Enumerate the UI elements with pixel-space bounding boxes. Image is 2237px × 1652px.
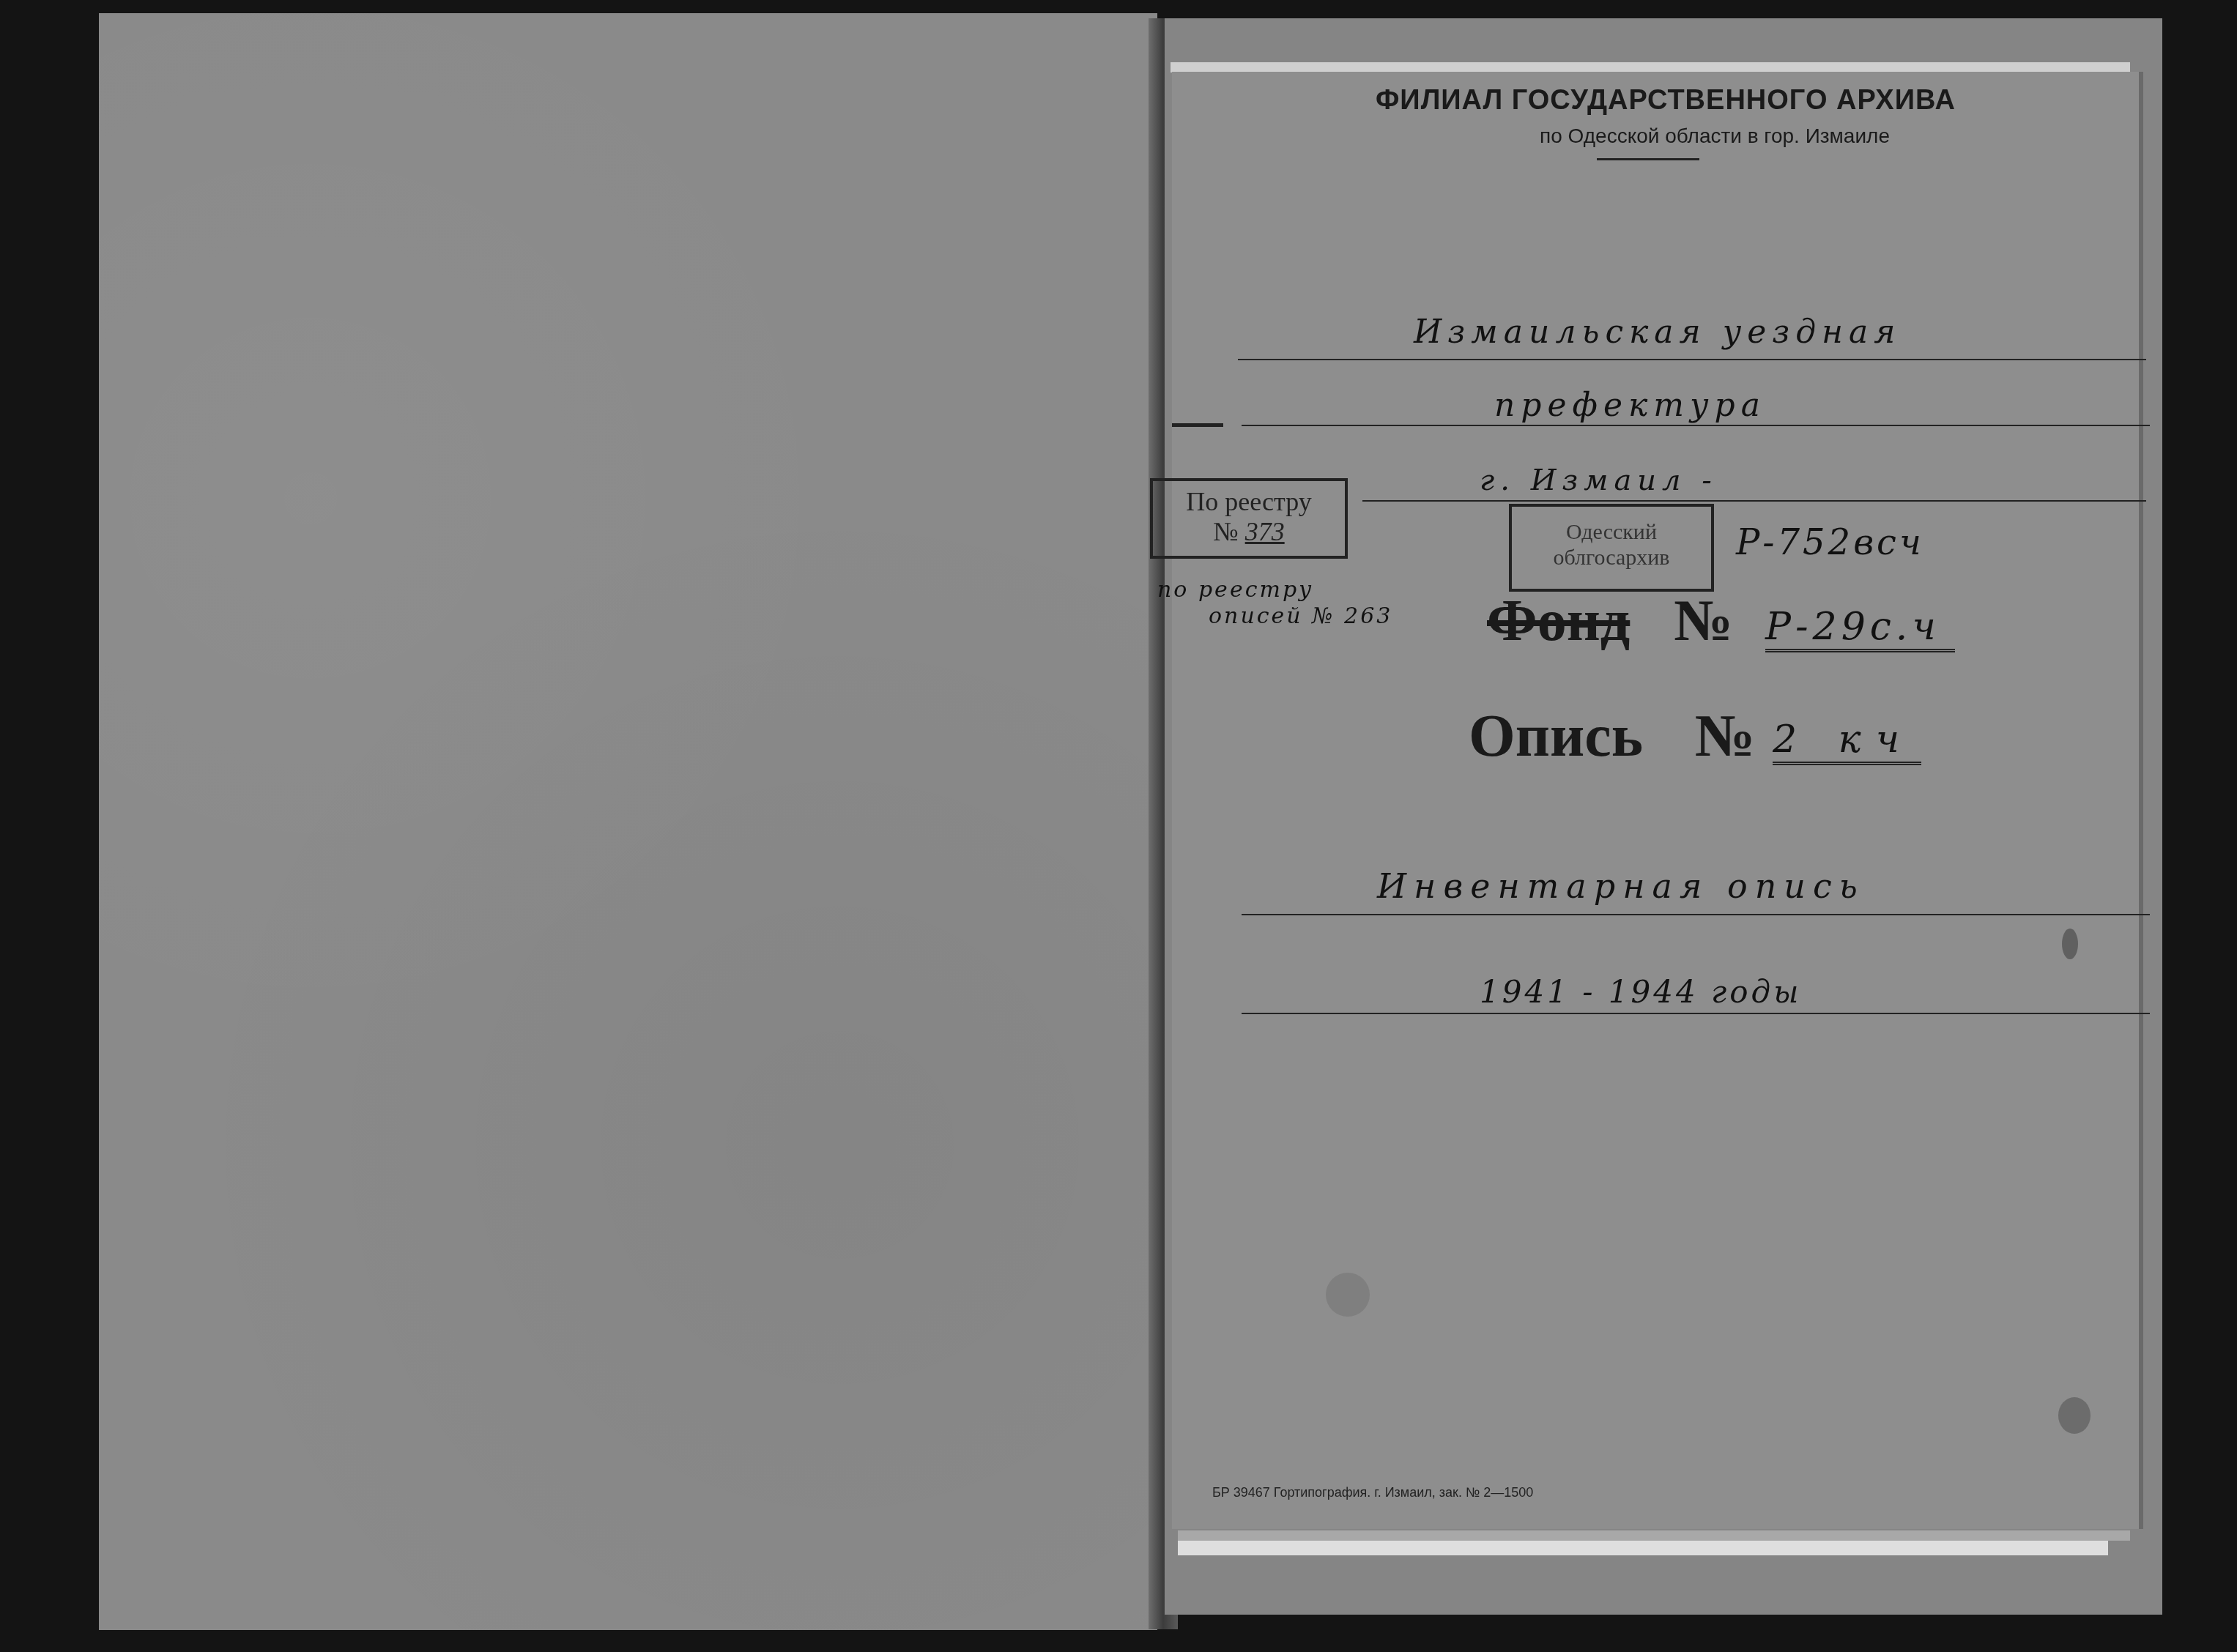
archive-header-subtitle: по Одесской области в гор. Измаиле xyxy=(1172,124,2139,148)
registry-stamp-line2: № 373 xyxy=(1153,517,1345,547)
under-page-edge-bottom-shadow xyxy=(1178,1530,2130,1541)
rule-line-4 xyxy=(1242,914,2150,915)
under-page-edge-top xyxy=(1171,62,2130,72)
description-line-2: 1941 - 1944 годы xyxy=(1480,974,1801,1010)
fond-value: Р-29с.ч xyxy=(1765,605,1955,652)
folder-back-cover xyxy=(99,13,1157,1630)
header-divider xyxy=(1597,158,1699,160)
rule-line-1 xyxy=(1238,359,2146,360)
stain xyxy=(1326,1273,1370,1317)
registry-stamp-line1: По реестру xyxy=(1153,487,1345,517)
margin-dash xyxy=(1172,423,1223,427)
fond-label: Фонд xyxy=(1487,589,1630,653)
fond-number-sign: № xyxy=(1674,589,1732,653)
stain xyxy=(2058,1397,2091,1434)
rule-line-5 xyxy=(1242,1013,2150,1014)
opis-label: Опись xyxy=(1469,702,1643,769)
handwritten-line-2: префектура xyxy=(1494,387,1766,424)
archive-header-title: ФИЛИАЛ ГОСУДАРСТВЕННОГО АРХИВА xyxy=(1172,85,2139,116)
description-line-1: Инвентарная опись xyxy=(1377,866,1865,906)
archive-stamp-line2: облгосархив xyxy=(1512,546,1711,571)
fond-field: Фонд № xyxy=(1487,588,1733,655)
rule-line-2 xyxy=(1242,425,2150,426)
archive-code: Р-752всч xyxy=(1736,522,1924,563)
printer-imprint: БР 39467 Гортипография. г. Измаил, зак. … xyxy=(1212,1485,1533,1500)
rule-line-3 xyxy=(1362,500,2146,502)
title-sheet: ФИЛИАЛ ГОСУДАРСТВЕННОГО АРХИВА по Одесск… xyxy=(1172,72,2143,1529)
registry-note-line2: описей № 263 xyxy=(1157,603,1392,630)
handwritten-line-3: г. Измаил - xyxy=(1480,464,1718,497)
opis-number-sign: № xyxy=(1695,702,1755,769)
archive-stamp-line1: Одесский xyxy=(1512,520,1711,546)
handwritten-line-1: Измаильская уездная xyxy=(1414,313,1901,351)
opis-field: Опись № xyxy=(1469,702,1755,770)
number-sign: № xyxy=(1213,517,1238,546)
registry-stamp: По реестру № 373 xyxy=(1150,478,1348,559)
opis-value: 2 кч xyxy=(1773,718,1921,765)
stain xyxy=(2062,929,2078,959)
registry-note-line1: по реестру xyxy=(1157,577,1392,603)
registry-number: 373 xyxy=(1245,517,1285,546)
archive-stamp: Одесский облгосархив xyxy=(1509,504,1714,592)
under-page-edge-bottom xyxy=(1178,1541,2108,1555)
registry-note: по реестру описей № 263 xyxy=(1157,577,1392,630)
